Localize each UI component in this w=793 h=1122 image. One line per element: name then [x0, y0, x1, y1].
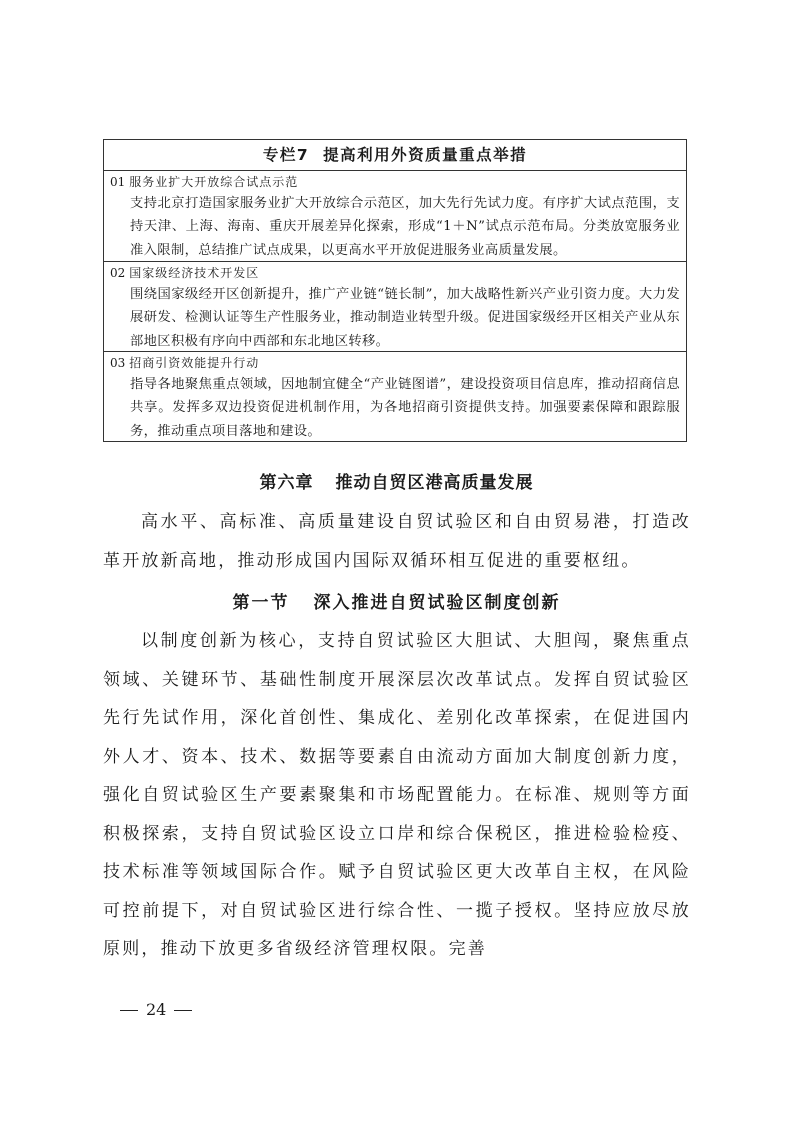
section-body: 支持北京打造国家服务业扩大开放综合示范区，加大先行先试力度。有序扩大试点范围，支…: [110, 192, 680, 262]
column-box: 专栏7提高利用外资质量重点举措 01服务业扩大开放综合试点示范 支持北京打造国家…: [103, 139, 687, 442]
chapter-title: 推动自贸区港高质量发展: [336, 473, 534, 493]
column-title: 提高利用外资质量重点举措: [323, 146, 527, 164]
section-heading: 第一节深入推进自贸试验区制度创新: [0, 588, 793, 613]
page-footer: 24: [112, 1000, 200, 1019]
column-section: 02国家级经济技术开发区 围绕国家级经开区创新提升，推广产业链“链长制”，加大战…: [104, 262, 686, 352]
dash-left: [120, 1010, 138, 1011]
page-number: 24: [146, 1000, 166, 1019]
section-body: 围绕国家级经开区创新提升，推广产业链“链长制”，加大战略性新兴产业引资力度。大力…: [110, 283, 680, 353]
dash-right: [174, 1010, 192, 1011]
section-index: 01: [110, 175, 125, 189]
chapter-intro-paragraph: 高水平、高标准、高质量建设自贸试验区和自由贸易港，打造改革开放新高地，推动形成国…: [103, 503, 691, 580]
section-body: 指导各地聚焦重点领域，因地制宜健全“产业链图谱”，建设投资项目信息库，推动招商信…: [110, 373, 680, 443]
chapter-number: 第六章: [260, 473, 314, 493]
section-index: 02: [110, 266, 125, 280]
column-section: 03招商引资效能提升行动 指导各地聚焦重点领域，因地制宜健全“产业链图谱”，建设…: [104, 352, 686, 442]
chapter-heading: 第六章推动自贸区港高质量发展: [0, 468, 793, 493]
column-header: 专栏7提高利用外资质量重点举措: [104, 140, 686, 171]
section-title: 国家级经济技术开发区: [129, 266, 259, 280]
section-title: 招商引资效能提升行动: [129, 356, 259, 370]
column-label: 专栏7: [263, 146, 309, 164]
section-number: 第一节: [233, 593, 290, 613]
section-heading-title: 深入推进自贸试验区制度创新: [314, 593, 561, 613]
column-section: 01服务业扩大开放综合试点示范 支持北京打造国家服务业扩大开放综合示范区，加大先…: [104, 171, 686, 262]
section-index: 03: [110, 356, 125, 370]
section-title: 服务业扩大开放综合试点示范: [129, 175, 298, 189]
section-body-paragraph: 以制度创新为核心，支持自贸试验区大胆试、大胆闯，聚焦重点领域、关键环节、基础性制…: [103, 622, 691, 969]
